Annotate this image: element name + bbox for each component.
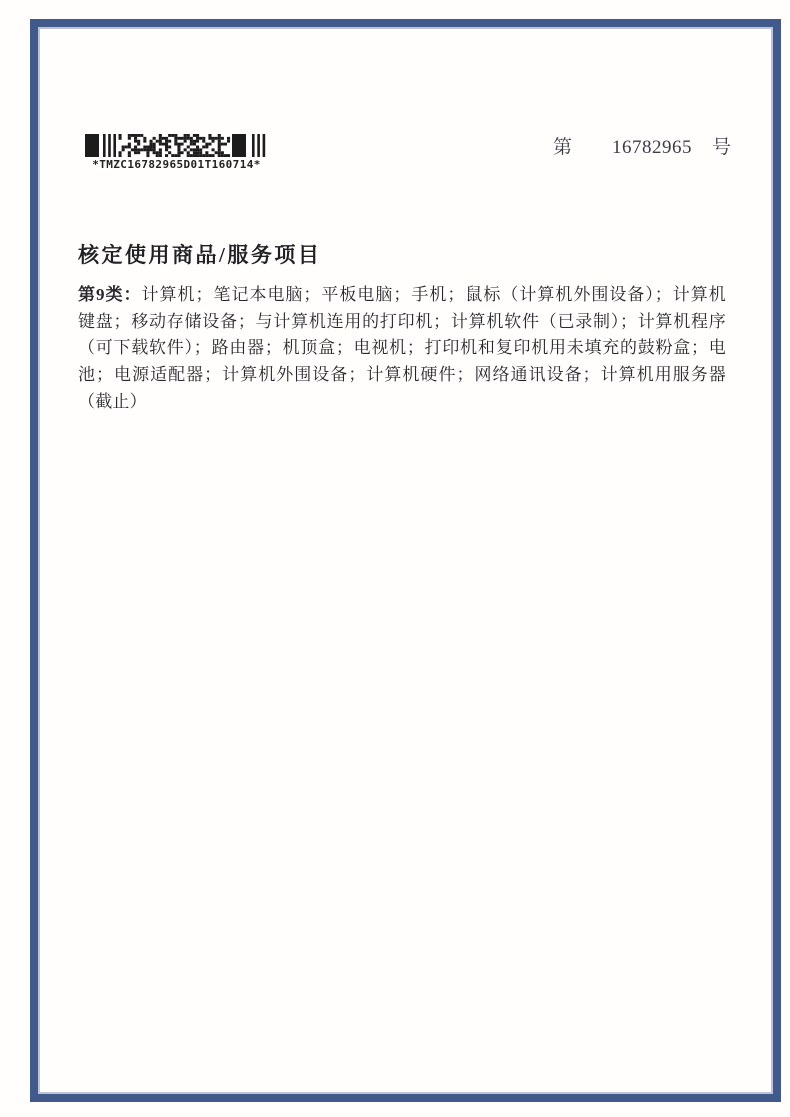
page-border-inner-line [38,27,773,1094]
certificate-number-suffix: 号 [712,137,731,158]
certificate-number: 第16782965号 [553,136,731,159]
barcode: *TMZC16782965D01T160714* [85,134,268,171]
goods-line-3: （可下载软件）；路由器；机顶盒；电视机；打印机和复印机用未填充的鼓粉盒；电 [78,335,726,362]
page-border-frame [30,19,781,1102]
certificate-number-prefix: 第 [553,137,572,158]
goods-line-5: （截止） [78,389,726,416]
goods-line-1-text: 计算机；笔记本电脑；平板电脑；手机；鼠标（计算机外围设备）；计算机 [141,285,726,304]
barcode-text: *TMZC16782965D01T160714* [85,158,268,171]
trademark-certificate-page: *TMZC16782965D01T160714* 第16782965号 核定使用… [0,0,790,1117]
goods-line-2: 键盘；移动存储设备；与计算机连用的打印机；计算机软件（已录制）；计算机程序 [78,309,726,336]
section-heading: 核定使用商品/服务项目 [78,242,321,268]
barcode-image [85,134,268,157]
class-label: 第9类： [78,285,141,304]
certificate-number-value: 16782965 [612,137,692,158]
goods-line-1: 第9类：计算机；笔记本电脑；平板电脑；手机；鼠标（计算机外围设备）；计算机 [78,282,726,309]
goods-services-paragraph: 第9类：计算机；笔记本电脑；平板电脑；手机；鼠标（计算机外围设备）；计算机 键盘… [78,282,726,415]
goods-line-4: 池；电源适配器；计算机外围设备；计算机硬件；网络通讯设备；计算机用服务器 [78,362,726,389]
